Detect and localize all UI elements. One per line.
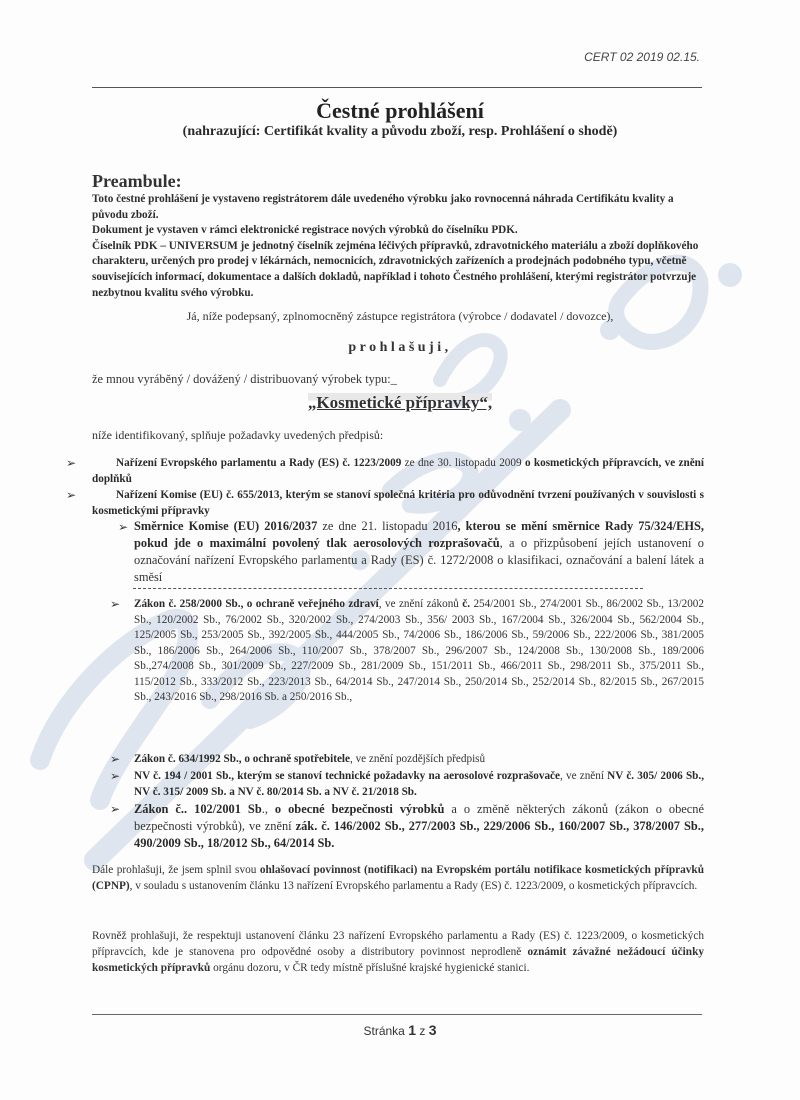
regulation-title: č.: [462, 598, 470, 610]
regulation-title: NV č. 194 / 2001 Sb., kterým se stanoví …: [134, 770, 560, 782]
bullet-arrow-icon: ➢: [118, 520, 128, 534]
document-subtitle: (nahrazující: Certifikát kvality a původ…: [0, 124, 800, 140]
page-indicator: Stránka 1 z 3: [0, 1022, 800, 1038]
regulation-text: ze dne 21. listopadu 2016: [317, 519, 457, 533]
regulation-title: Směrnice Komise (EU) 2016/2037: [134, 519, 317, 533]
regulation-item: Směrnice Komise (EU) 2016/2037 ze dne 21…: [134, 518, 704, 586]
regulation-title: Zákon č. 258/2000 Sb., o ochraně veřejné…: [134, 598, 379, 610]
page-of-label: z: [419, 1024, 425, 1038]
regulation-item: Zákon č. 634/1992 Sb., o ochraně spotřeb…: [134, 752, 704, 768]
certificate-code: CERT 02 2019 02.15.: [584, 50, 700, 64]
regulation-text: , ve znění zákonů: [379, 598, 463, 610]
total-pages-number: 3: [429, 1022, 437, 1038]
regulation-text: ze dne 30. listopadu 2009: [401, 457, 525, 469]
preamble-line: Dokument je vystaven v rámci elektronick…: [92, 223, 712, 239]
bullet-arrow-icon: ➢: [110, 769, 120, 783]
notification-paragraph: Dále prohlašuji, že jsem splnil svou ohl…: [92, 862, 704, 894]
header-divider: [92, 87, 702, 88]
regulation-item: Zákon č.. 102/2001 Sb., o obecné bezpečn…: [134, 801, 704, 852]
preamble-heading: Preambule:: [92, 171, 182, 192]
document-title: Čestné prohlášení: [0, 98, 800, 124]
regulation-text: , ve znění pozdějších předpisů: [350, 753, 485, 765]
paragraph-text: orgánu dozoru, v ČR tedy místně příslušn…: [210, 962, 529, 974]
preamble-line: Číselník PDK – UNIVERSUM je jednotný čís…: [92, 239, 712, 301]
paragraph-text: , v souladu s ustanovením článku 13 naří…: [130, 880, 698, 892]
bullet-arrow-icon: ➢: [110, 802, 120, 816]
regulation-item: Zákon č. 258/2000 Sb., o ochraně veřejné…: [134, 597, 704, 706]
signatory-statement: Já, níže podepsaný, zplnomocněný zástupc…: [0, 309, 800, 324]
dashed-separator: [133, 588, 643, 589]
regulation-title: Zákon č.. 102/2001 Sb: [134, 802, 262, 816]
declare-heading: prohlašuji,: [0, 340, 800, 356]
bullet-arrow-icon: ➢: [110, 597, 120, 611]
regulation-item: Nařízení Evropského parlamentu a Rady (E…: [92, 456, 704, 487]
regulation-text: .,: [262, 802, 275, 816]
preamble-text: Toto čestné prohlášení je vystaveno regi…: [92, 192, 712, 301]
adverse-effects-paragraph: Rovněž prohlašuji, že respektuji ustanov…: [92, 928, 704, 976]
paragraph-text: Dále prohlašuji, že jsem splnil svou: [92, 864, 260, 876]
compliance-intro: níže identifikovaný, splňuje požadavky u…: [92, 428, 383, 443]
product-intro: že mnou vyráběný / dovážený / distribuov…: [92, 372, 397, 387]
footer-divider: [92, 1014, 702, 1015]
bullet-arrow-icon: ➢: [110, 752, 120, 766]
regulation-title: Nařízení Evropského parlamentu a Rady (E…: [116, 457, 401, 469]
regulation-text: , ve znění: [560, 770, 607, 782]
regulation-item: NV č. 194 / 2001 Sb., kterým se stanoví …: [134, 769, 704, 800]
regulation-item: Nařízení Komise (EU) č. 655/2013, kterým…: [92, 488, 704, 519]
regulation-title: Nařízení Komise (EU) č. 655/2013, kterým…: [92, 489, 704, 517]
current-page-number: 1: [408, 1022, 416, 1038]
product-type-block: „Kosmetické přípravky“,: [0, 393, 800, 413]
preamble-line: Toto čestné prohlášení je vystaveno regi…: [92, 192, 712, 223]
regulation-text: 254/2001 Sb., 274/2001 Sb., 86/2002 Sb.,…: [134, 598, 704, 703]
bullet-arrow-icon: ➢: [66, 488, 76, 502]
page-label: Stránka: [364, 1024, 405, 1038]
product-type: „Kosmetické přípravky“,: [308, 393, 492, 412]
regulation-title: Zákon č. 634/1992 Sb., o ochraně spotřeb…: [134, 753, 350, 765]
bullet-arrow-icon: ➢: [66, 456, 76, 470]
regulation-title: o obecné bezpečnosti výrobků: [275, 802, 444, 816]
